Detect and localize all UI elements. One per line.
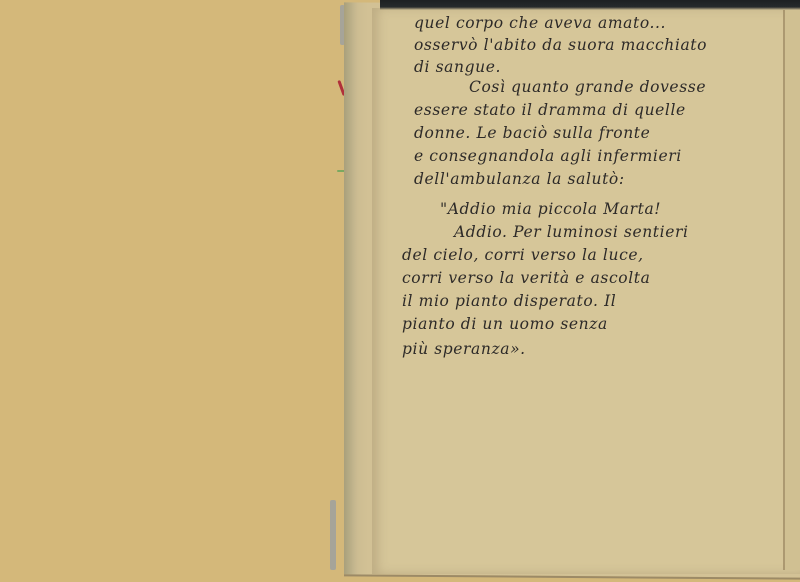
text-line: il mio pianto disperato. Il (402, 292, 616, 310)
text-line: Così quanto grande dovesse (469, 78, 706, 96)
text-line: pianto di un uomo senza (402, 315, 608, 333)
text-line: donne. Le baciò sulla fronte (414, 124, 650, 142)
text-line: corri verso la verità e ascolta (402, 269, 650, 287)
text-line: del cielo, corri verso la luce, (402, 246, 644, 264)
next-page-edge (785, 10, 800, 570)
text-line: "Addio mia piccola Marta! (440, 200, 661, 218)
text-line: osservò l'abito da suora macchiato (414, 36, 707, 54)
text-line: di sangue. (414, 58, 501, 76)
text-line: Addio. Per luminosi sentieri (454, 223, 689, 241)
top-shadow-band (380, 0, 800, 10)
text-line: e consegnandola agli infermieri (414, 147, 682, 165)
text-line: quel corpo che aveva amato... (414, 14, 666, 32)
text-line: essere stato il dramma di quelle (414, 101, 686, 119)
text-line: più speranza». (402, 340, 526, 358)
binding-mark-blue (330, 500, 336, 570)
text-line: dell'ambulanza la salutò: (414, 170, 625, 188)
